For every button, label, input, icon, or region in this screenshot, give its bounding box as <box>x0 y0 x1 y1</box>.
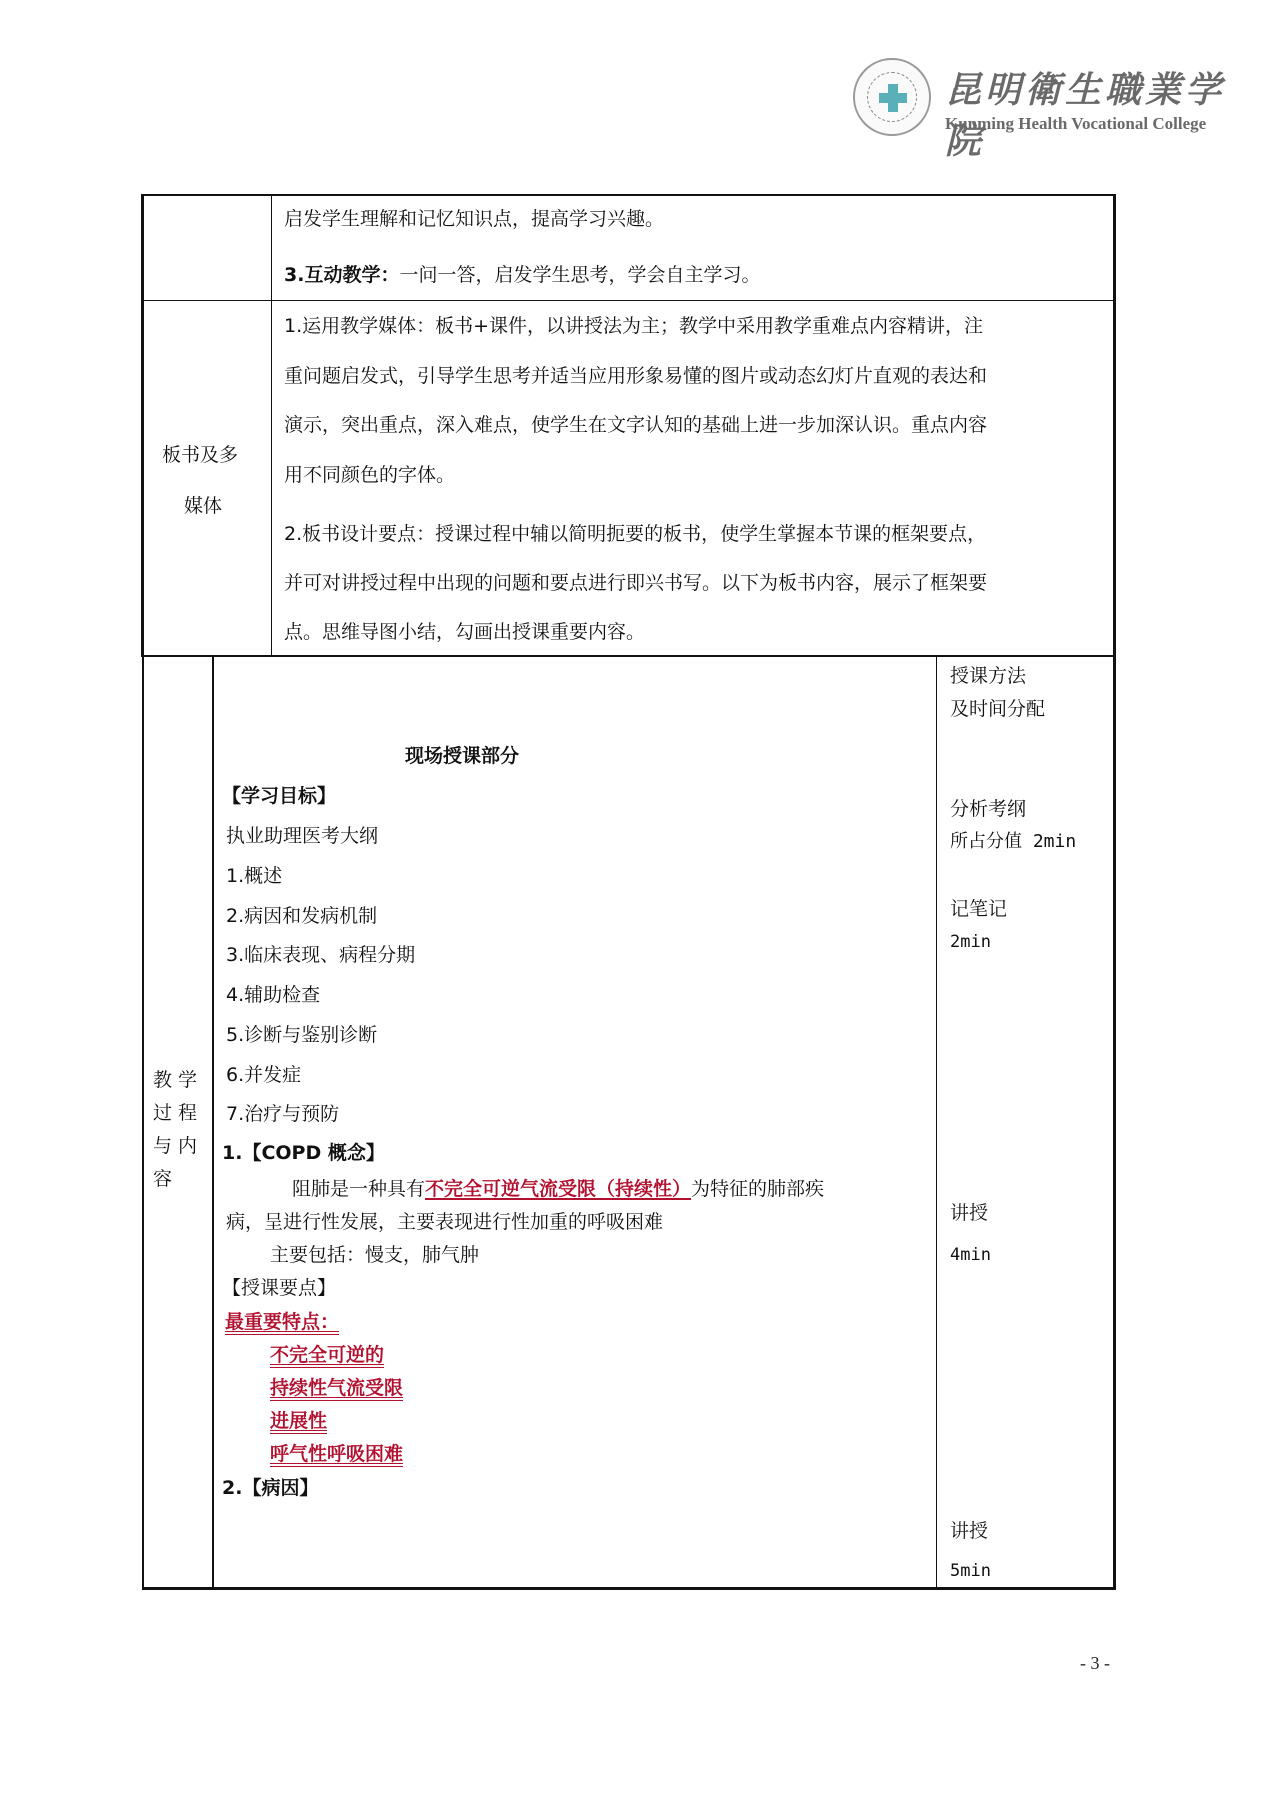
copd-def-highlight: 不完全可逆气流受限（持续性） <box>425 1178 691 1200</box>
section-title: 现场授课部分 <box>405 744 519 768</box>
method-entry-detail: 所占分值 2min <box>950 830 1076 854</box>
row1-text-line2: 3.互动教学：一问一答，启发学生思考，学会自主学习。 <box>284 263 760 287</box>
interactive-teaching-label: 3.互动教学： <box>284 264 399 286</box>
row1-text-line1: 启发学生理解和记忆知识点，提高学习兴趣。 <box>284 207 664 231</box>
copd-def-suffix: 为特征的肺部疾 <box>691 1178 824 1200</box>
process-label-line: 教 学 <box>153 1068 197 1092</box>
media-text-line: 并可对讲授过程中出现的问题和要点进行即兴书写。以下为板书内容，展示了框架要 <box>284 571 987 595</box>
key-feature: 不完全可逆的 <box>270 1343 384 1367</box>
method-entry-method: 记笔记 <box>950 897 1007 921</box>
syllabus-item: 1.概述 <box>226 864 282 888</box>
key-feature: 呼气性呼吸困难 <box>270 1442 403 1466</box>
process-label-line: 容 <box>153 1167 172 1191</box>
process-label-line: 与 内 <box>153 1134 197 1158</box>
key-feature: 持续性气流受限 <box>270 1376 403 1400</box>
media-text-line: 1.运用教学媒体：板书+课件，以讲授法为主；教学中采用教学重难点内容精讲，注 <box>284 314 983 338</box>
copd-definition-line2: 病，呈进行性发展，主要表现进行性加重的呼吸困难 <box>226 1210 663 1234</box>
syllabus-item: 5.诊断与鉴别诊断 <box>226 1023 377 1047</box>
college-logo: 昆明衛生職業学院 Kunming Health Vocational Colle… <box>853 56 1233 146</box>
media-text-line: 点。思维导图小结，勾画出授课重要内容。 <box>284 620 645 644</box>
method-entry-method: 分析考纲 <box>950 797 1026 821</box>
media-text-line: 演示，突出重点，深入难点，使学生在文字认知的基础上进一步加深认识。重点内容 <box>284 413 987 437</box>
copd-includes: 主要包括：慢支，肺气肿 <box>270 1243 479 1267</box>
syllabus-item: 7.治疗与预防 <box>226 1102 339 1126</box>
college-name-cn: 昆明衛生職業学院 <box>945 62 1233 164</box>
media-label-line1: 板书及多 <box>162 443 238 467</box>
media-text-line: 2.板书设计要点：授课过程中辅以简明扼要的板书，使学生掌握本节课的框架要点， <box>284 522 986 546</box>
syllabus-item: 6.并发症 <box>226 1063 301 1087</box>
method-entry-detail: 5min <box>950 1559 991 1583</box>
interactive-teaching-text: 一问一答，启发学生思考，学会自主学习。 <box>399 264 760 286</box>
college-name-en: Kunming Health Vocational College <box>945 114 1206 134</box>
syllabus-item: 4.辅助检查 <box>226 983 320 1007</box>
syllabus-item: 3.临床表现、病程分期 <box>226 943 415 967</box>
media-text-line: 重问题启发式，引导学生思考并适当应用形象易懂的图片或动态幻灯片直观的表达和 <box>284 364 987 388</box>
copd-definition-line1: 阻肺是一种具有不完全可逆气流受限（持续性）为特征的肺部疾 <box>292 1177 824 1201</box>
key-feature: 进展性 <box>270 1409 327 1433</box>
media-label-line2: 媒体 <box>184 494 222 518</box>
syllabus-item: 2.病因和发病机制 <box>226 904 377 928</box>
copd-heading: 1.【COPD 概念】 <box>222 1141 385 1165</box>
media-text-line: 用不同颜色的字体。 <box>284 463 455 487</box>
process-label-line: 过 程 <box>153 1101 197 1125</box>
copd-def-prefix: 阻肺是一种具有 <box>292 1178 425 1200</box>
page-number: - 3 - <box>1080 1653 1110 1674</box>
college-seal-icon <box>853 58 931 136</box>
most-important-label: 最重要特点： <box>225 1310 339 1334</box>
method-header-line2: 及时间分配 <box>950 697 1045 721</box>
key-points-heading: 【授课要点】 <box>222 1276 336 1300</box>
etiology-heading: 2.【病因】 <box>222 1476 318 1500</box>
method-entry-detail: 2min <box>950 930 991 954</box>
method-entry-detail: 4min <box>950 1243 991 1267</box>
objectives-heading: 【学习目标】 <box>222 784 336 808</box>
method-entry-method: 讲授 <box>950 1201 988 1225</box>
syllabus-title: 执业助理医考大纲 <box>226 824 378 848</box>
method-header-line1: 授课方法 <box>950 664 1026 688</box>
method-entry-method: 讲授 <box>950 1519 988 1543</box>
